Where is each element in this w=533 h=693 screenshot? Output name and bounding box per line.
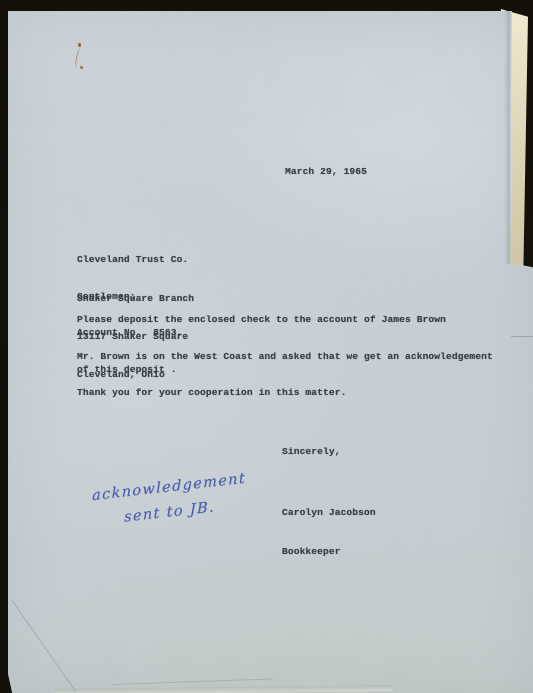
date-line: March 29, 1965 — [285, 166, 367, 179]
letter-paper: March 29, 1965 Cleveland Trust Co. Shake… — [8, 11, 533, 693]
crease-line — [113, 678, 273, 685]
crease-line — [511, 336, 533, 337]
crease-line — [12, 600, 77, 692]
salutation: Gentlemen: — [77, 291, 136, 304]
scan-background: March 29, 1965 Cleveland Trust Co. Shake… — [0, 0, 533, 693]
letter-paragraph: Mr. Brown is on the West Coast and asked… — [77, 351, 493, 376]
paper-fiber-mark — [74, 47, 85, 70]
letter-paragraph: Thank you for your cooperation in this m… — [77, 387, 346, 400]
recipient-line: Cleveland Trust Co. — [77, 254, 194, 267]
handwritten-annotation: acknowledgement sent to JB. — [92, 462, 281, 534]
signature-name: Carolyn Jacobson — [282, 507, 376, 520]
paper-edge-shadow — [504, 11, 510, 264]
stain-speck — [80, 66, 83, 69]
signature-title: Bookkeeper — [282, 546, 376, 559]
letter-paragraph: Please deposit the enclosed check to the… — [77, 314, 446, 339]
closing: Sincerely, — [282, 446, 341, 459]
page-bottom-edge — [53, 685, 393, 693]
signature-block: Carolyn Jacobson Bookkeeper — [282, 482, 376, 584]
